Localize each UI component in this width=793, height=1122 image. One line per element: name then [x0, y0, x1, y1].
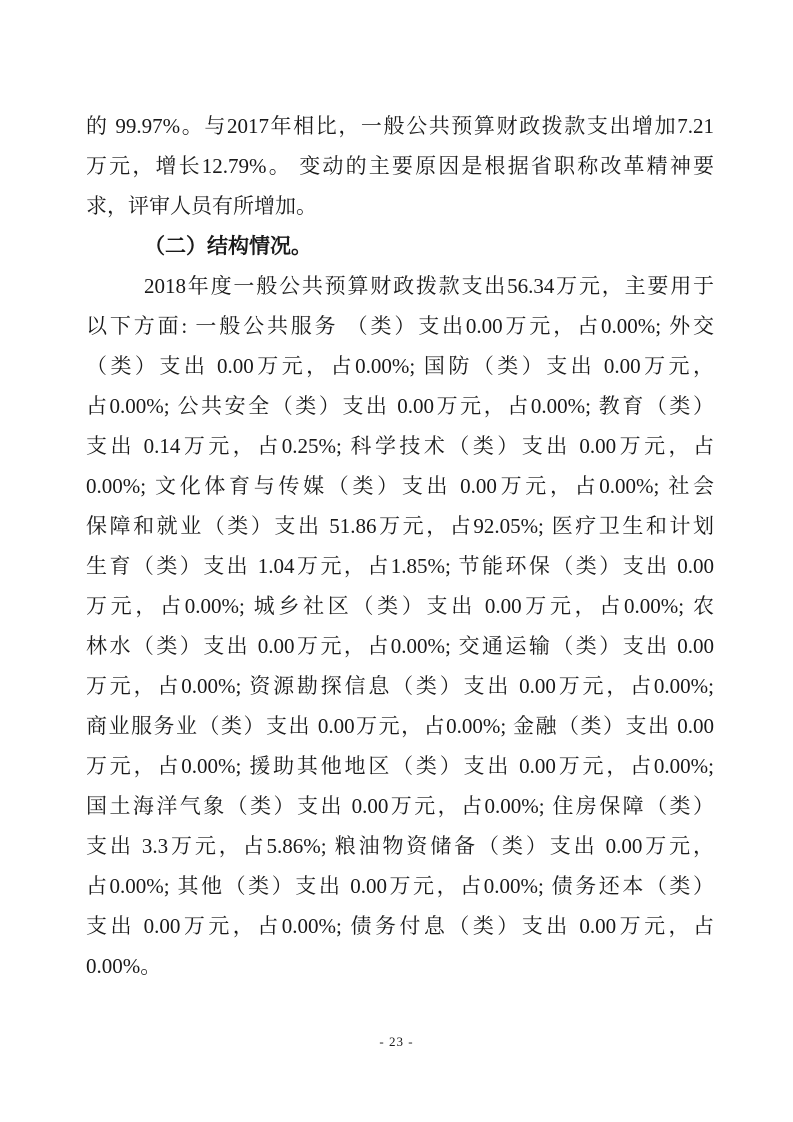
text-line: 2018年度一般公共预算财政拨款支出56.34万元，主要用于 — [86, 266, 714, 306]
text-line: 保障和就业（类）支出 51.86万元，占92.05%; 医疗卫生和计划 — [86, 506, 714, 546]
text-line: 占0.00%; 公共安全（类）支出 0.00万元，占0.00%; 教育（类） — [86, 386, 714, 426]
text-line: 国土海洋气象（类）支出 0.00万元，占0.00%; 住房保障（类） — [86, 786, 714, 826]
text-line: 占0.00%; 其他（类）支出 0.00万元，占0.00%; 债务还本（类） — [86, 866, 714, 906]
document-page: 的 99.97%。与2017年相比，一般公共预算财政拨款支出增加7.21 万元，… — [0, 0, 793, 1122]
text-line: 万元，占0.00%; 资源勘探信息（类）支出 0.00万元，占0.00%; — [86, 666, 714, 706]
page-content: 的 99.97%。与2017年相比，一般公共预算财政拨款支出增加7.21 万元，… — [86, 106, 714, 986]
text-line: 求，评审人员有所增加。 — [86, 186, 714, 226]
text-line: 万元，占0.00%; 援助其他地区（类）支出 0.00万元，占0.00%; — [86, 746, 714, 786]
text-line: 0.00%。 — [86, 946, 714, 986]
text-line: 商业服务业（类）支出 0.00万元，占0.00%; 金融（类）支出 0.00 — [86, 706, 714, 746]
text-line: 支出 0.14万元，占0.25%; 科学技术（类）支出 0.00万元，占 — [86, 426, 714, 466]
text-line: （类）支出 0.00万元，占0.00%; 国防（类）支出 0.00万元， — [86, 346, 714, 386]
text-line: 支出 3.3万元，占5.86%; 粮油物资储备（类）支出 0.00万元， — [86, 826, 714, 866]
text-line: 支出 0.00万元，占0.00%; 债务付息（类）支出 0.00万元，占 — [86, 906, 714, 946]
text-line: 生育（类）支出 1.04万元，占1.85%; 节能环保（类）支出 0.00 — [86, 546, 714, 586]
text-line: 0.00%; 文化体育与传媒（类）支出 0.00万元，占0.00%; 社会 — [86, 466, 714, 506]
text-line: 林水（类）支出 0.00万元，占0.00%; 交通运输（类）支出 0.00 — [86, 626, 714, 666]
paragraph-continued: 的 99.97%。与2017年相比，一般公共预算财政拨款支出增加7.21 万元，… — [86, 106, 714, 226]
text-line: 以下方面: 一般公共服务 （类）支出0.00万元，占0.00%; 外交 — [86, 306, 714, 346]
text-line: 万元，占0.00%; 城乡社区（类）支出 0.00万元，占0.00%; 农 — [86, 586, 714, 626]
paragraph-structure: 2018年度一般公共预算财政拨款支出56.34万元，主要用于 以下方面: 一般公… — [86, 266, 714, 986]
text-line: 万元，增长12.79%。 变动的主要原因是根据省职称改革精神要 — [86, 146, 714, 186]
page-number: - 23 - — [0, 1034, 793, 1050]
section-heading: （二）结构情况。 — [86, 226, 714, 266]
text-line: 的 99.97%。与2017年相比，一般公共预算财政拨款支出增加7.21 — [86, 106, 714, 146]
